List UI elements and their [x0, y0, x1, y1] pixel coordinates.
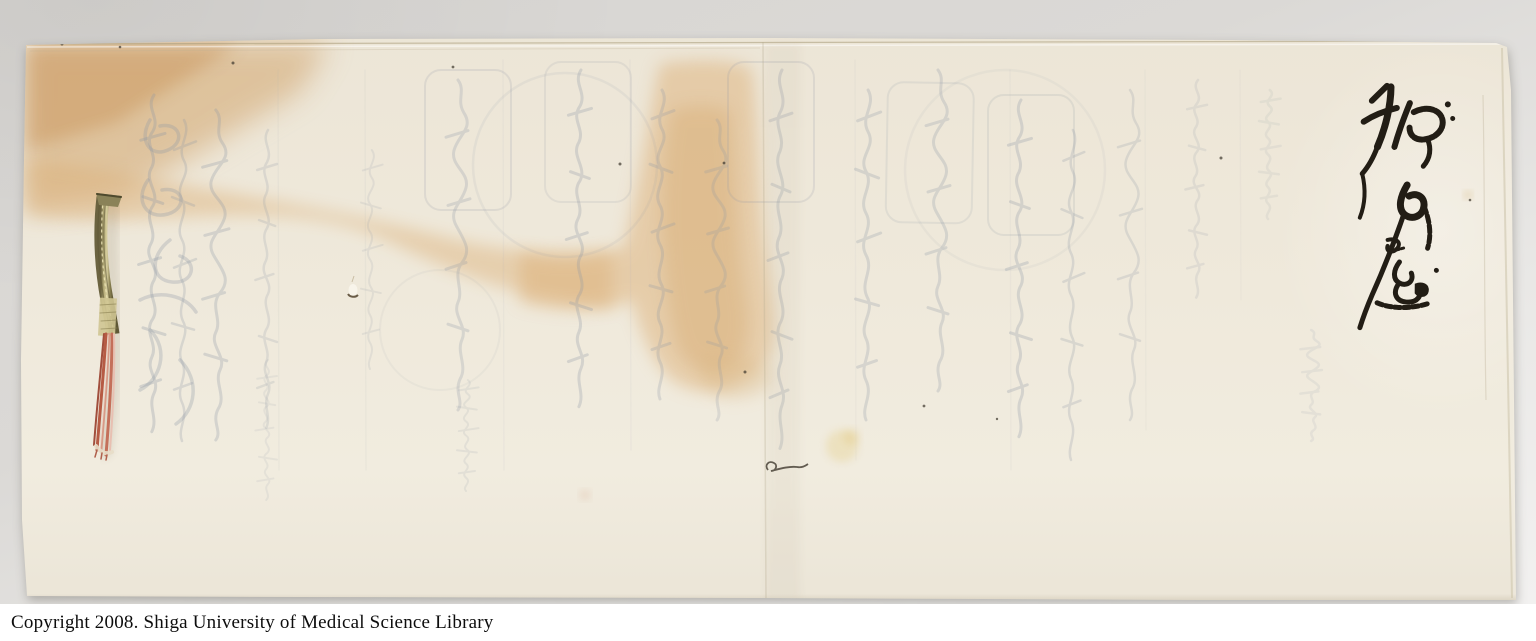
binding-tassel	[94, 193, 122, 460]
photo-background	[0, 0, 1536, 604]
paper-artwork	[0, 0, 1536, 604]
brush-title-calligraphy	[1359, 86, 1456, 329]
paper-shadow	[0, 0, 1536, 604]
caption-text: Copyright 2008. Shiga University of Medi…	[11, 612, 493, 634]
caption-bar: Copyright 2008. Shiga University of Medi…	[0, 604, 1536, 641]
screenshot: Copyright 2008. Shiga University of Medi…	[0, 0, 1536, 641]
manuscript-paper	[0, 0, 1536, 604]
sheet-edge-lines	[27, 41, 1512, 600]
